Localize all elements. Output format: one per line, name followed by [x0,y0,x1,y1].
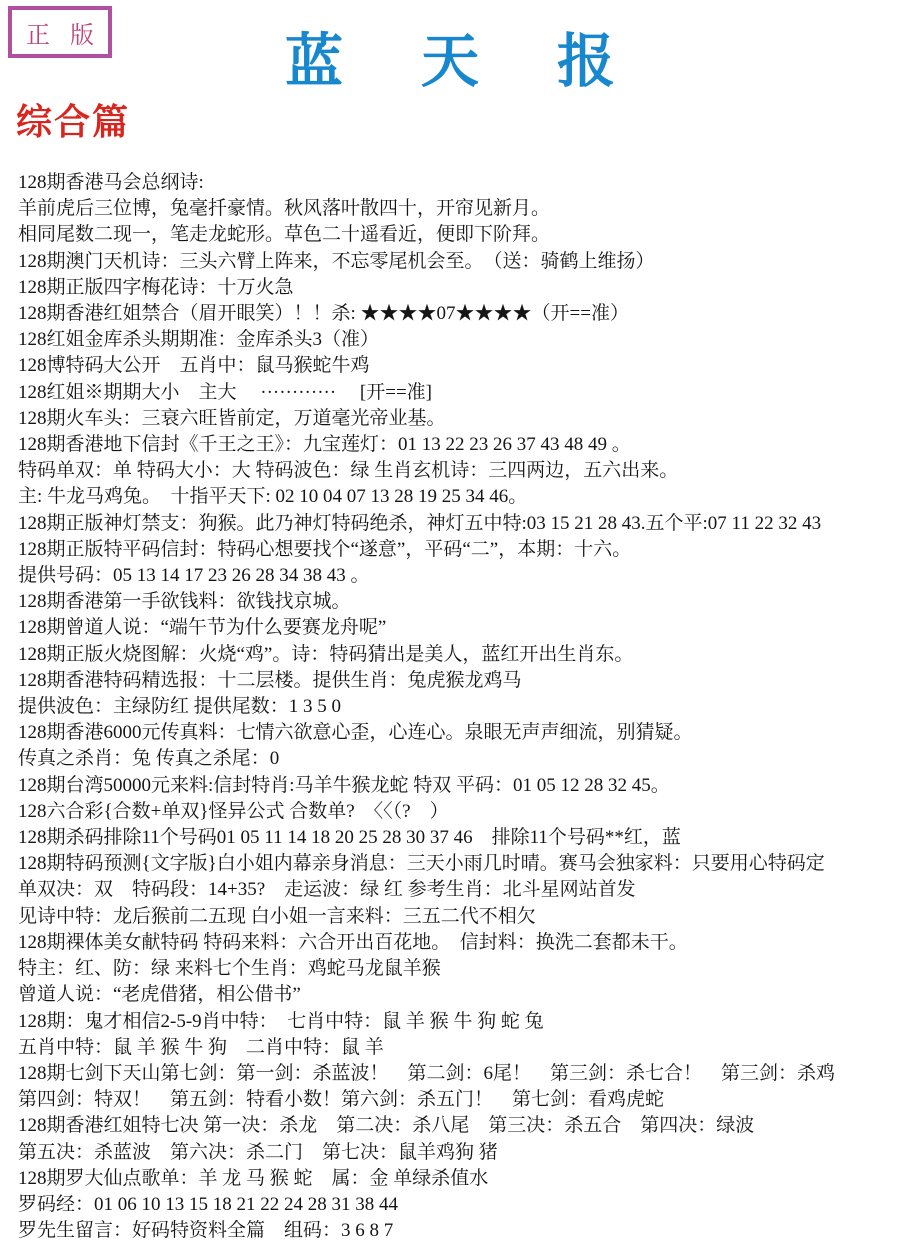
text-line-seven-swords-1: 128期七剑下天山第七剑：第一剑：杀蓝波！ 第二剑：6尾！ 第三剑：杀七合！ 第… [18,1061,896,1087]
text-line-luo-message: 罗先生留言：好码特资料全篇 组码：3 6 8 7 [18,1218,896,1243]
text-line-seven-zodiac-supply: 特主：红、防：绿 来料七个生肖：鸡蛇马龙鼠羊猴 [18,956,896,982]
text-line-magic-lamp: 128期正版神灯禁支：狗猴。此乃神灯特码绝杀，神灯五中特:03 15 21 28… [18,511,896,537]
text-line-seven-swords-2: 第四剑：特双！ 第五剑：特看小数！第六剑：杀五门！ 第七剑：看鸡虎蛇 [18,1087,896,1113]
text-line-fax-6000: 128期香港6000元传真料：七情六欲意心歪，心连心。泉眼无声声细流，别猜疑。 [18,720,896,746]
text-line-main-zodiac-numbers: 主: 牛龙马鸡兔。 十指平天下: 02 10 04 07 13 28 19 25… [18,484,896,510]
text-line-poem-1: 羊前虎后三位博，兔毫扦豪情。秋风落叶散四十，开帘见新月。 [18,196,896,222]
text-line-beauty-special: 128期裸体美女献特码 特码来料：六合开出百花地。 信封料：换洗二套都未干。 [18,930,896,956]
page-title: 蓝天报 [0,14,900,98]
text-line-big-small: 128红姐※期期大小 主大 ············ [开==准] [18,380,896,406]
text-line-odd-even-color: 特码单双：单 特码大小：大 特码波色：绿 生肖玄机诗：三四两边，五六出来。 [18,458,896,484]
text-line-seven-zodiac-special: 128期：鬼才相信2-5-9肖中特： 七肖中特：鼠 羊 猴 牛 狗 蛇 兔 [18,1009,896,1035]
text-line-luo-numbers: 罗码经：01 06 10 13 15 18 21 22 24 28 31 38 … [18,1192,896,1218]
text-line-selected-report: 128期香港特码精选报：十二层楼。提供生肖：兔虎猴龙鸡马 [18,668,896,694]
text-line-plum-poem: 128期正版四字梅花诗：十万火急 [18,275,896,301]
text-line-wave-color-tails: 提供波色：主绿防红 提供尾数：1 3 5 0 [18,694,896,720]
text-line-taiwan-50000: 128期台湾50000元来料:信封特肖:马羊牛猴龙蛇 特双 平码：01 05 1… [18,773,896,799]
text-line-master-poem-heading: 128期香港马会总纲诗: [18,170,896,196]
text-line-fax-kill: 传真之杀肖：兔 传真之杀尾：0 [18,746,896,772]
text-line-locomotive: 128期火车头：三衰六旺皆前定，万道毫光帝业基。 [18,406,896,432]
text-line-poem-special: 见诗中特：龙后猴前二五现 白小姐一言来料：三五二代不相欠 [18,904,896,930]
newspaper-page: 正版 蓝天报 综合篇 128期香港马会总纲诗: 羊前虎后三位博，兔毫扦豪情。秋风… [0,0,900,1243]
text-line-poem-2: 相同尾数二现一，笔走龙蛇形。草色二十遥看近，便即下阶拜。 [18,222,896,248]
text-line-envelope-numbers: 128期香港地下信封《千王之王》：九宝莲灯：01 13 22 23 26 37 … [18,432,896,458]
text-line-seven-decisions-2: 第五决：杀蓝波 第六决：杀二门 第七决：鼠羊鸡狗 猪 [18,1140,896,1166]
text-line-zengdaoren-quote-2: 曾道人说：“老虎借猪，相公借书” [18,982,896,1008]
text-line-five-two-zodiac: 五肖中特：鼠 羊 猴 牛 狗 二肖中特：鼠 羊 [18,1035,896,1061]
text-line-miss-bai-news: 128期特码预测{文字版}白小姐内幕亲身消息：三天小雨几时晴。赛马会独家料：只要… [18,851,896,877]
text-line-zengdaoren-quote-1: 128期曾道人说：“端午节为什么要赛龙舟呢” [18,615,896,641]
text-line-special-flat-envelope: 128期正版特平码信封：特码心想要找个“遂意”，平码“二”，本期：十六。 [18,537,896,563]
text-line-red-sister-stars: 128期香港红姐禁合（眉开眼笑）！！杀: ★★★★07★★★★（开==准） [18,301,896,327]
text-line-money-tip: 128期香港第一手欲钱料：欲钱找京城。 [18,589,896,615]
text-line-luo-daxian: 128期罗大仙点歌单：羊 龙 马 猴 蛇 属：金 单绿杀值水 [18,1166,896,1192]
text-line-odd-formula: 128六合彩{合数+单双}怪异公式 合数单? 〈〈（? ） [18,799,896,825]
text-line-provided-numbers: 提供号码：05 13 14 17 23 26 28 34 38 43 。 [18,563,896,589]
text-line-exclude-11: 128期杀码排除11个号码01 05 11 14 18 20 25 28 30 … [18,825,896,851]
text-line-macau-poem: 128期澳门天机诗：三头六臂上阵来，不忘零尾机会至。 （送：骑鹤上维扬） [18,249,896,275]
content-body: 128期香港马会总纲诗: 羊前虎后三位博，兔毫扦豪情。秋风落叶散四十，开帘见新月… [18,170,896,1243]
text-line-seven-decisions-1: 128期香港红姐特七决 第一决：杀龙 第二决：杀八尾 第三决：杀五合 第四决：绿… [18,1113,896,1139]
text-line-odd-even-segment: 单双决：双 特码段：14+35? 走运波：绿 红 参考生肖：北斗星网站首发 [18,877,896,903]
text-line-fire-diagram: 128期正版火烧图解：火烧“鸡”。诗：特码猜出是美人，蓝红开出生肖东。 [18,642,896,668]
text-line-treasury-kill: 128红姐金库杀头期期准：金库杀头3（准） [18,327,896,353]
text-line-five-zodiac: 128博特码大公开 五肖中：鼠马猴蛇牛鸡 [18,353,896,379]
section-heading: 综合篇 [16,94,130,145]
